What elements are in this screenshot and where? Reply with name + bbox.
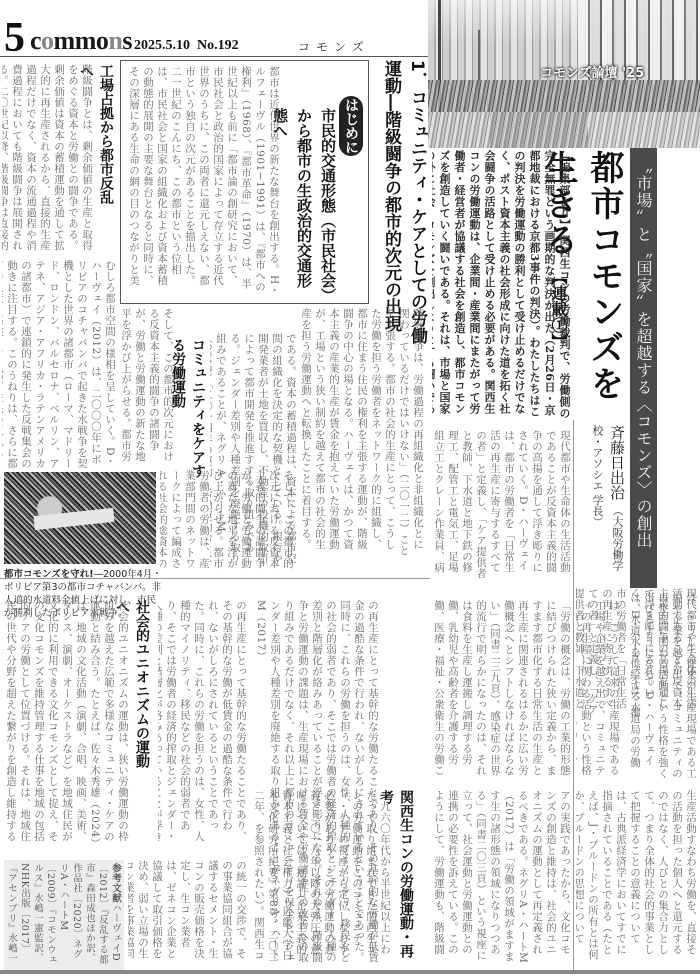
page-bottom-rule — [0, 970, 700, 974]
section-heading: 工場占拠から都市反乱へ — [96, 64, 116, 204]
hero-crowd — [428, 80, 700, 112]
body-text: 階級闘争は、労働過程の再組織化と非組織化とに関わっているだけではいけない」（二〇… — [300, 308, 425, 558]
body-text: 階級闘争とは、剰余価値の生産と取得をめぐる資本と労働との闘争である。剰余価値は資… — [2, 64, 94, 254]
body-text: 現代都市や生命体の生活活動であることが反資本主義的闘争の高揚を通して浮き彫りにさ… — [432, 430, 572, 580]
body-text: 生産活動すなわち労働を、直接その活動を担った個人へと還元するのではなく、人びとの… — [576, 790, 698, 965]
article-title-block: 都市コモンズを生きる 【連載①】 — [575, 150, 627, 425]
issue-number: No.192 — [197, 38, 239, 54]
references-list: 参考文献ハーヴェイD〔2012〕『反乱する都市』森田成也ほか訳、作品社〔2020… — [6, 863, 122, 967]
byline: 斉藤日出治 （大阪労働学校・アソシエ 学長） — [577, 425, 627, 585]
section-heading: 社会的ユニオニズムの運動へ — [132, 600, 152, 780]
page-number: 5 — [4, 18, 25, 58]
publication-logo: commons — [30, 28, 132, 54]
references-box: 参考文献ハーヴェイD〔2012〕『反乱する都市』森田成也ほか訳、作品社〔2020… — [4, 860, 124, 970]
masthead-rule — [0, 56, 430, 57]
body-text: そして、この都市的次元における反資本主義的闘争の諸闘争が、労働と労働運動の新たな… — [120, 308, 175, 468]
intro-badge: はじめに — [339, 96, 363, 156]
protest-banner — [33, 508, 114, 530]
protest-photo — [4, 472, 156, 564]
section-heading: コミュニティをケアする労働運動 — [188, 338, 208, 478]
article-subtitle: 〝市場〟と〝国家〟を超越する〈コモンズ〉の創出 — [632, 158, 655, 549]
column-divider — [573, 420, 574, 970]
editor-note: 【編集部より】 関西生コンの労働裁判で、労働側の完全無罪という画期的な判決が出た… — [432, 150, 572, 420]
intro-heading: 市民的交通形態（市民社会）から都市の生政治的交通形態へ — [284, 108, 340, 298]
hero-image: コモンズ論壇 '25 — [428, 0, 700, 112]
horizontal-divider — [0, 578, 430, 579]
body-text: の統一の交渉で、その事業協同組合が協議するセメント・生コンの販売価格を決定し、生… — [128, 860, 248, 968]
body-text: アの実践であったから、文化コモンズの創造と維持は、社会的ユニオニズムの運動として… — [432, 790, 572, 965]
body-text: は、こうして従来の生産現場である工場や企業を越え出て、コミュニティの再生産に関わ… — [576, 600, 621, 780]
body-text: の再生産にとって基幹的な労働たることであり、その基幹的な労働が低賃金の過酷な条件… — [158, 600, 248, 850]
intro-body: 都市は近代世界の新たな舞台を創出する。H・ルフェーヴル（1901−1991）は、… — [126, 66, 281, 296]
body-text: そして、この都市的次元における反資本主義的闘争の諸闘争が、労働と労働運動の新たな… — [160, 470, 295, 575]
body-text: 一九六〇年代から半世紀以上にわたって取り組まれてきた関西生コンの労働運動をこのコ… — [250, 790, 392, 965]
column-label: コモンズ論壇 '25 — [540, 62, 644, 81]
body-text: むしろ都市空間の様相を呈していく。D・ハーヴェイ（2012）は、二〇〇〇年にボリ… — [2, 260, 117, 470]
publication-kana: コモンズ — [298, 38, 370, 55]
subtitle-bar: 〝市場〟と〝国家〟を超越する〈コモンズ〉の創出 — [630, 148, 657, 588]
body-text: 「労働の概念は、労働の工業的形態に結びつけられた狭い定義から、ますます都市化する… — [432, 600, 572, 780]
author-name: 斉藤日出治 — [608, 425, 626, 500]
hero-image-lower — [428, 112, 588, 148]
issue-date: 2025.5.10 — [134, 38, 190, 54]
body-text: 社会的ユニオニズムの運動は、狭い労働運動の枠組みを越えた広範で多様なコミュニティ… — [2, 600, 130, 850]
section-heading: 関西生コンの労働運動・再考 — [396, 790, 416, 970]
body-text: は、こうして従来の生産現場である工場や企業を越え出て、コミュニティの再生産に関わ… — [630, 592, 698, 782]
